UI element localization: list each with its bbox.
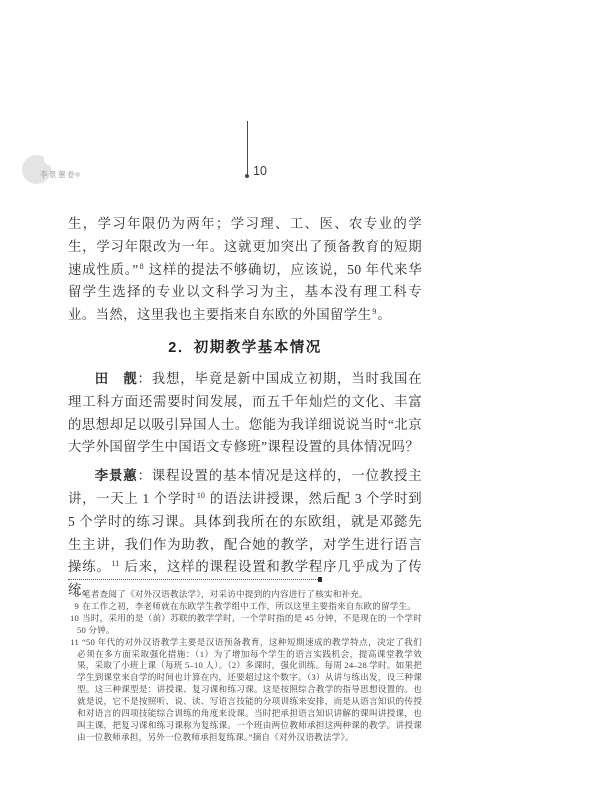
page-marker-line	[247, 121, 248, 176]
page-number: 10	[253, 164, 267, 178]
book-page: 李景蕙卷 10 生，学习年限仍为两年；学习理、工、医、农专业的学生，学习年限改为…	[0, 0, 612, 792]
paragraph-continuation: 生，学习年限仍为两年；学习理、工、医、农专业的学生，学习年限改为一年。这就更加突…	[68, 213, 422, 327]
footnote-9: 9在工作之初，李老师就在东欧学生教学组中工作，所以这里主要指来自东欧的留学生。	[68, 601, 422, 613]
footnote-divider	[68, 579, 318, 580]
footnote-number: 8	[68, 589, 79, 601]
footnote-text: “50 年代的对外汉语教学主要是汉语预备教育，这种短期速成的教学特点，决定了我们…	[77, 637, 422, 742]
margin-circle-notch	[44, 151, 59, 166]
footnote-8: 8笔者查阅了《对外汉语教法学》，对采访中提到的内容进行了核实和补充。	[68, 589, 422, 601]
page-marker-dot	[245, 174, 249, 178]
footnote-text: 笔者查阅了《对外汉语教法学》，对采访中提到的内容进行了核实和补充。	[82, 589, 368, 599]
edition-label: 李景蕙卷	[40, 169, 76, 180]
footnote-text: 在工作之初，李老师就在东欧学生教学组中工作，所以这里主要指来自东欧的留学生。	[82, 601, 416, 611]
paragraph-tian-liang: 田 靓：我想，毕竟是新中国成立初期，当时我国在理工科方面还需要时间发展，而五千年…	[68, 368, 422, 459]
footnote-text: 当时，采用的是（前）苏联的教学学时，一个学时指的是 45 分钟，不是现在的一个学…	[77, 613, 422, 635]
text-column: 生，学习年限仍为两年；学习理、工、医、农专业的学生，学习年限改为一年。这就更加突…	[68, 213, 422, 602]
footnote-11: 11“50 年代的对外汉语教学主要是汉语预备教育，这种短期速成的教学特点，决定了…	[68, 637, 422, 744]
footnote-number: 9	[68, 601, 79, 613]
footnote-number: 11	[68, 637, 79, 649]
footnote-number: 10	[68, 613, 79, 625]
section-heading: 2．初期教学基本情况	[68, 338, 422, 358]
footnotes-section: 8笔者查阅了《对外汉语教法学》，对采访中提到的内容进行了核实和补充。 9在工作之…	[68, 579, 422, 744]
decorative-dot-icon	[75, 172, 80, 177]
footnote-10: 10当时，采用的是（前）苏联的教学学时，一个学时指的是 45 分钟，不是现在的一…	[68, 613, 422, 637]
